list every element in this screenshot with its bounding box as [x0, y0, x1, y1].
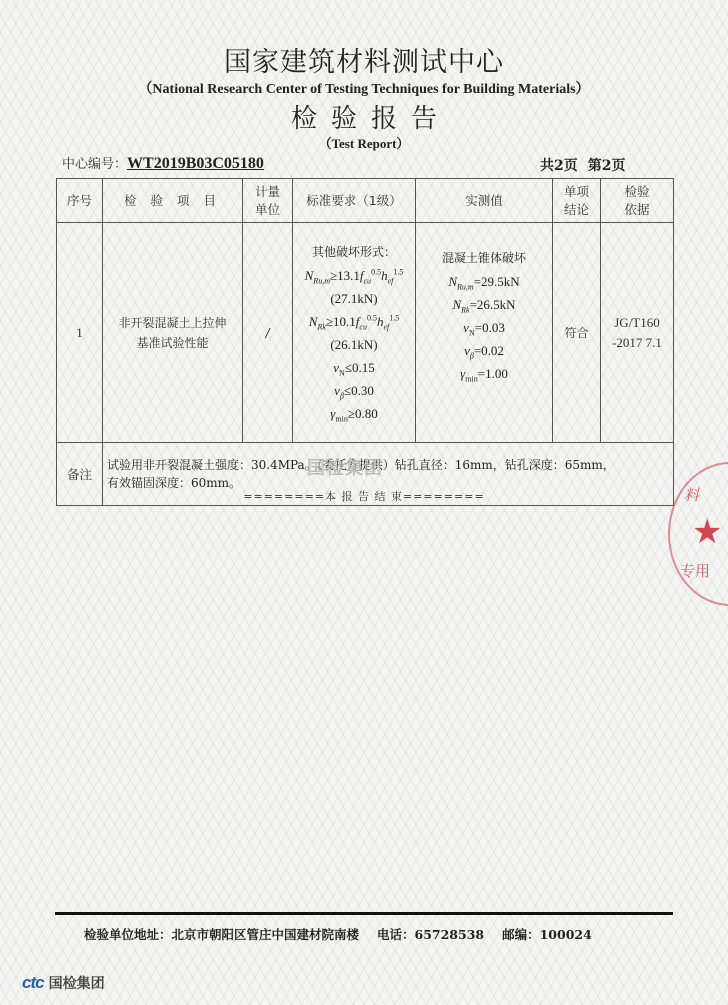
center-number-label: 中心编号：: [62, 157, 127, 172]
watermark-text: 国检集团: [307, 454, 383, 480]
requirement-vbeta: vβ≤0.30: [293, 379, 415, 402]
report-end-marker: ========本 报 告 结 束========: [0, 488, 728, 504]
test-item: 非开裂混凝土上拉伸 基准试验性能: [103, 223, 243, 443]
col-header-unit-line2: 单位: [255, 202, 280, 217]
footer-address: 检验单位地址：北京市朝阳区管庄中国建材院南楼: [84, 927, 359, 942]
report-title-en: （Test Report）: [0, 133, 728, 152]
total-pages: 共2页: [540, 158, 578, 174]
requirement: 其他破坏形式： NRu,m≥13.1fcu0.5hef1.5 (27.1kN) …: [293, 223, 416, 443]
col-header-unit: 计量单位: [243, 179, 293, 223]
measured-value: 混凝土锥体破坏 NRu,m=29.5kN NRk=26.5kN vN=0.03 …: [416, 223, 553, 443]
logo-name: 国检集团: [49, 973, 105, 993]
table-header-row: 序号 检 验 项 目 计量单位 标准要求（1级） 实测值 单项结论 检验依据: [57, 179, 674, 223]
official-seal: 料 ★ 专用: [668, 462, 728, 606]
table-row: 1 非开裂混凝土上拉伸 基准试验性能 / 其他破坏形式： NRu,m≥13.1f…: [57, 223, 674, 443]
test-item-line2: 基准试验性能: [136, 336, 208, 350]
unit: /: [243, 223, 293, 443]
measured-vN-value: =0.03: [475, 320, 505, 335]
requirement-formula-2: NRk≥10.1fcu0.5hef1.5: [293, 310, 415, 333]
measured-N-Rk: NRk=26.5kN: [416, 293, 552, 316]
seal-bottom-text: 专用: [680, 560, 710, 581]
measured-vbeta-value: =0.02: [474, 343, 504, 358]
org-title-en: （National Research Center of Testing Tec…: [0, 78, 728, 98]
test-basis-line1: JG/T160: [614, 315, 660, 330]
measured-gamma-min: γmin=1.00: [416, 362, 552, 385]
seal-top-text: 料: [684, 484, 699, 505]
requirement-gamma-min-value: ≥0.80: [348, 406, 378, 421]
measured-vN: vN=0.03: [416, 316, 552, 339]
ctc-logo-icon: ctc: [22, 973, 44, 993]
page-indicator: 共2页第2页: [540, 155, 626, 175]
row-number: 1: [57, 223, 103, 443]
requirement-vN-value: ≤0.15: [345, 360, 375, 375]
col-header-basis-line1: 检验: [624, 184, 649, 199]
footer-contact: 检验单位地址：北京市朝阳区管庄中国建材院南楼电话：65728538邮编：1000…: [84, 925, 592, 943]
col-header-requirement: 标准要求（1级）: [293, 179, 416, 223]
footer-divider: [55, 912, 673, 915]
col-header-conclusion-line2: 结论: [564, 202, 589, 217]
footer-phone: 电话：65728538: [377, 927, 484, 942]
col-header-measured: 实测值: [416, 179, 553, 223]
col-header-basis: 检验依据: [601, 179, 674, 223]
measured-N-Rk-value: =26.5kN: [470, 297, 516, 312]
measured-vbeta: vβ=0.02: [416, 339, 552, 362]
requirement-formula-1: NRu,m≥13.1fcu0.5hef1.5: [293, 264, 415, 287]
test-basis: JG/T160 -2017 7.1: [601, 223, 674, 443]
requirement-formula-1-value: (27.1kN): [293, 287, 415, 310]
star-icon: ★: [692, 512, 722, 552]
company-logo: ctc 国检集团: [22, 973, 105, 993]
measured-gamma-min-value: =1.00: [478, 366, 508, 381]
org-title-cn: 国家建筑材料测试中心: [0, 40, 728, 79]
requirement-gamma-min: γmin≥0.80: [293, 402, 415, 425]
test-item-line1: 非开裂混凝土上拉伸: [118, 316, 226, 330]
report-title-cn: 检验报告: [0, 98, 728, 135]
col-header-item: 检 验 项 目: [103, 179, 243, 223]
col-header-basis-line2: 依据: [624, 202, 649, 217]
measured-N-Rum-value: =29.5kN: [474, 274, 520, 289]
conclusion: 符合: [553, 223, 601, 443]
requirement-formula-2-value: (26.1kN): [293, 333, 415, 356]
measured-N-Rum: NRu,m=29.5kN: [416, 270, 552, 293]
center-number-value: WT2019B03C05180: [127, 155, 264, 172]
requirement-vbeta-value: ≤0.30: [344, 383, 374, 398]
footer-postcode: 邮编：100024: [502, 927, 592, 942]
measured-failure-mode: 混凝土锥体破坏: [416, 247, 552, 270]
center-number: 中心编号：WT2019B03C05180: [62, 153, 264, 173]
current-page: 第2页: [588, 158, 626, 174]
notes-line-1: 试验用非开裂混凝土强度：30.4MPa。（委托方提供）钻孔直径：16mm，钻孔深…: [107, 456, 669, 474]
col-header-conclusion-line1: 单项: [564, 184, 589, 199]
col-header-conclusion: 单项结论: [553, 179, 601, 223]
requirement-vN: vN≤0.15: [293, 356, 415, 379]
test-basis-line2: -2017 7.1: [612, 335, 662, 350]
col-header-unit-line1: 计量: [255, 184, 280, 199]
col-header-no: 序号: [57, 179, 103, 223]
requirement-heading: 其他破坏形式：: [293, 241, 415, 264]
